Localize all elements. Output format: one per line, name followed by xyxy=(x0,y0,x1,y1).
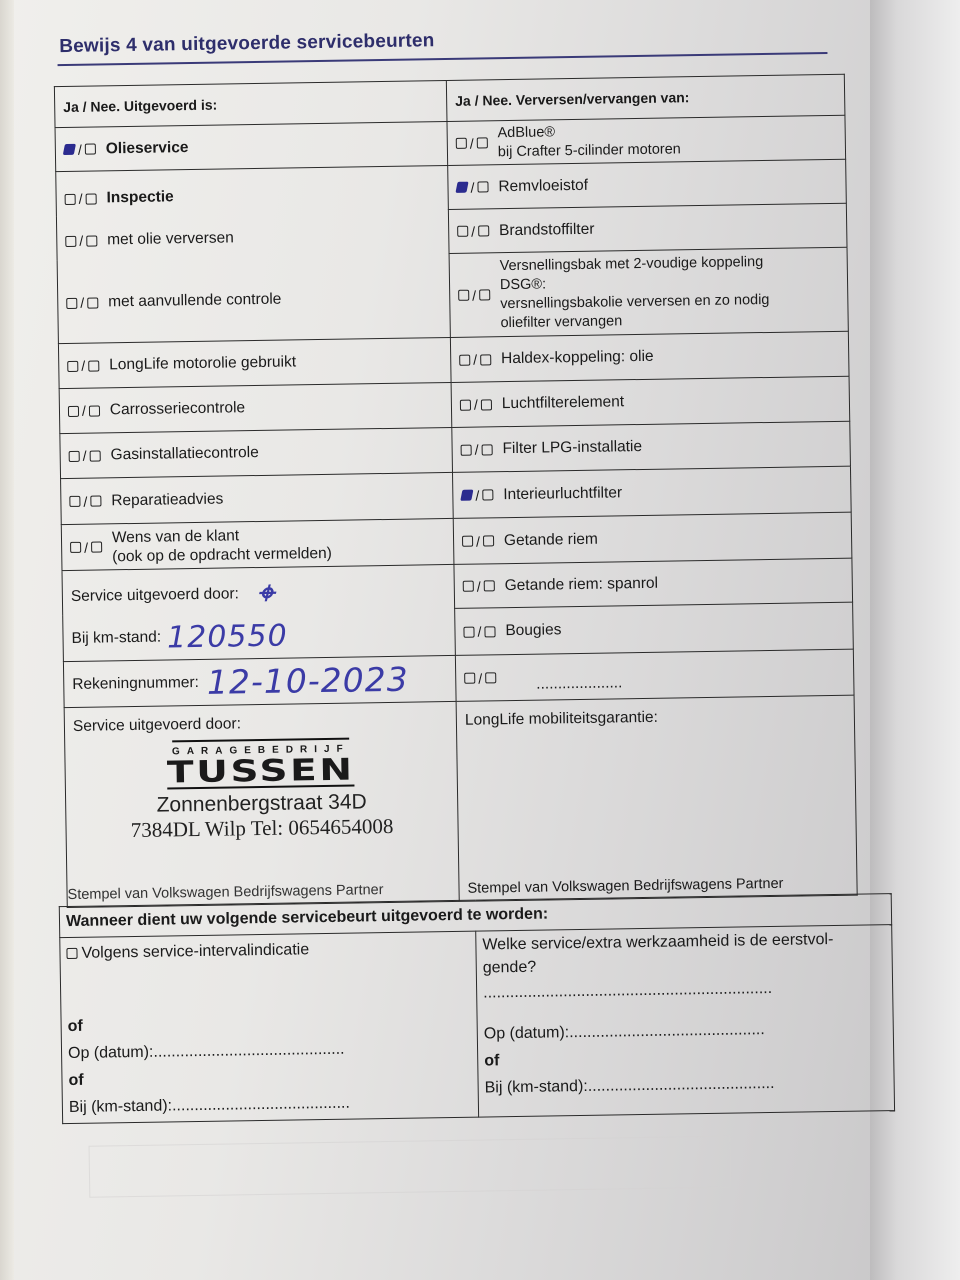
nee-checkbox[interactable] xyxy=(88,360,99,371)
checkbox-pair[interactable]: / xyxy=(64,141,96,157)
ja-checkbox[interactable] xyxy=(463,581,474,592)
item-olieservice: Olieservice xyxy=(106,139,189,158)
nee-checkbox[interactable] xyxy=(479,289,490,300)
nee-checkbox[interactable] xyxy=(481,444,492,455)
ja-checkbox[interactable] xyxy=(460,399,471,410)
next-km-field[interactable]: Bij (km-stand):.........................… xyxy=(69,1088,472,1121)
left-column-header: Ja / Nee. Uitgevoerd is: xyxy=(54,80,447,127)
ja-checkbox[interactable] xyxy=(68,405,79,416)
nee-checkbox[interactable] xyxy=(484,626,495,637)
stamp-row: Service uitgevoerd door: GARAGEBEDRIJF T… xyxy=(64,695,857,907)
stamp-footer-right: Stempel van Volkswagen Bedrijfswagens Pa… xyxy=(467,876,783,897)
nee-checkbox[interactable] xyxy=(85,144,96,155)
nee-checkbox[interactable] xyxy=(87,297,98,308)
item-longlife-motorolie: LongLife motorolie gebruikt xyxy=(109,353,296,374)
item-luchtfilterelement: Luchtfilterelement xyxy=(502,393,625,413)
stamp-address-city-phone: 7384DL Wilp Tel: 0654654008 xyxy=(74,813,449,844)
ja-checkbox-checked[interactable] xyxy=(63,144,76,155)
item-reparatieadvies: Reparatieadvies xyxy=(111,490,223,510)
checkbox-pair[interactable]: / xyxy=(459,351,491,367)
checkbox-pair[interactable]: / xyxy=(461,441,493,457)
interval-indication-label: Volgens service-intervalindicatie xyxy=(81,936,309,967)
next-km-field-right[interactable]: Bij (km-stand):.........................… xyxy=(484,1068,887,1101)
page-title: Bewijs 4 van uitgevoerde servicebeurten xyxy=(59,30,435,58)
ja-checkbox[interactable] xyxy=(458,290,469,301)
next-service-answer-field[interactable]: ........................................… xyxy=(483,975,773,1007)
ja-checkbox[interactable] xyxy=(462,536,473,547)
service-record-page: Bewijs 4 van uitgevoerde servicebeurten … xyxy=(0,0,960,1280)
item-gasinstallatiecontrole: Gasinstallatiecontrole xyxy=(110,444,258,464)
right-column-header: Ja / Nee. Verversen/vervangen van: xyxy=(446,74,845,121)
ja-checkbox[interactable] xyxy=(457,226,468,237)
checkbox-pair[interactable]: / xyxy=(69,493,101,509)
nee-checkbox[interactable] xyxy=(477,181,488,192)
checkbox-pair[interactable]: / xyxy=(65,232,97,248)
nee-checkbox[interactable] xyxy=(485,672,496,683)
nee-checkbox[interactable] xyxy=(85,193,96,204)
mechanic-signature: ⌖ xyxy=(257,577,274,611)
garage-stamp: GARAGEBEDRIJF TUSSEN Zonnenbergstraat 34… xyxy=(73,736,450,844)
ja-checkbox[interactable] xyxy=(69,496,80,507)
ja-checkbox-checked[interactable] xyxy=(455,182,468,193)
interval-indication-checkbox[interactable] xyxy=(66,948,77,959)
stamp-footer-left: Stempel van Volkswagen Bedrijfswagens Pa… xyxy=(67,882,383,903)
next-service-table: Wanneer dient uw volgende servicebeurt u… xyxy=(59,893,895,1124)
item-haldex: Haldex-koppeling: olie xyxy=(501,348,654,368)
checkbox-pair[interactable]: / xyxy=(68,402,100,418)
item-interieurluchtfilter: Interieurluchtfilter xyxy=(503,484,622,504)
longlife-label: LongLife mobiliteitsgarantie: xyxy=(465,706,846,730)
checkbox-pair[interactable]: / xyxy=(67,357,99,373)
ja-checkbox[interactable] xyxy=(70,542,81,553)
ja-checkbox[interactable] xyxy=(67,360,78,371)
item-getande-riem: Getande riem xyxy=(504,530,598,549)
nee-checkbox[interactable] xyxy=(89,450,100,461)
checkbox-pair[interactable]: / xyxy=(463,624,495,640)
blank-item-field[interactable]: .................... xyxy=(536,674,622,693)
next-service-question: Welke service/extra werkzaamheid is de e… xyxy=(482,927,886,979)
km-label: Bij km-stand: xyxy=(71,629,161,648)
nee-checkbox[interactable] xyxy=(90,495,101,506)
nee-checkbox[interactable] xyxy=(481,399,492,410)
checkbox-pair[interactable]: / xyxy=(464,670,496,686)
item-brandstoffilter: Brandstoffilter xyxy=(499,220,595,239)
nee-checkbox[interactable] xyxy=(483,535,494,546)
checkbox-pair[interactable]: / xyxy=(463,578,495,594)
nee-checkbox[interactable] xyxy=(86,235,97,246)
invoice-label: Rekeningnummer: xyxy=(72,673,199,693)
service-table: Ja / Nee. Uitgevoerd is: Ja / Nee. Verve… xyxy=(54,74,858,908)
checkbox-pair[interactable]: / xyxy=(69,447,101,463)
item-inspectie: Inspectie xyxy=(106,188,173,207)
nee-checkbox[interactable] xyxy=(478,225,489,236)
nee-checkbox[interactable] xyxy=(484,581,495,592)
service-by-label: Service uitgevoerd door: xyxy=(71,585,239,606)
nee-checkbox[interactable] xyxy=(89,405,100,416)
ja-checkbox[interactable] xyxy=(461,444,472,455)
checkbox-pair[interactable]: / xyxy=(70,539,102,555)
nee-checkbox[interactable] xyxy=(91,541,102,552)
km-value: 120550 xyxy=(167,618,288,655)
checkbox-pair[interactable]: / xyxy=(461,487,493,503)
ja-checkbox[interactable] xyxy=(456,138,467,149)
checkbox-pair[interactable]: / xyxy=(456,179,488,195)
item-met-olie-verversen: met olie verversen xyxy=(107,229,234,249)
item-filter-lpg: Filter LPG-installatie xyxy=(502,438,642,458)
ja-checkbox[interactable] xyxy=(463,626,474,637)
item-met-aanvullende-controle: met aanvullende controle xyxy=(108,291,281,312)
nee-checkbox[interactable] xyxy=(482,489,493,500)
stamp-section-label: Service uitgevoerd door: xyxy=(73,712,448,736)
checkbox-pair[interactable]: / xyxy=(462,533,494,549)
invoice-value: 12-10-2023 xyxy=(207,660,409,702)
bleed-through-box xyxy=(89,1136,732,1198)
item-bougies: Bougies xyxy=(505,621,561,640)
ja-checkbox[interactable] xyxy=(65,193,76,204)
ja-checkbox-checked[interactable] xyxy=(460,490,473,501)
checkbox-pair[interactable]: / xyxy=(65,191,97,207)
item-getande-riem-spanrol: Getande riem: spanrol xyxy=(505,574,659,594)
nee-checkbox[interactable] xyxy=(480,354,491,365)
nee-checkbox[interactable] xyxy=(477,137,488,148)
checkbox-pair[interactable]: / xyxy=(458,287,490,303)
ja-checkbox[interactable] xyxy=(459,354,470,365)
item-remvloeistof: Remvloeistof xyxy=(498,176,588,195)
item-carrosseriecontrole: Carrosseriecontrole xyxy=(110,399,246,419)
checkbox-pair[interactable]: / xyxy=(66,294,98,310)
ja-checkbox[interactable] xyxy=(65,235,76,246)
checkbox-pair[interactable]: / xyxy=(460,396,492,412)
checkbox-pair[interactable]: / xyxy=(456,135,488,151)
stamp-brand: TUSSEN xyxy=(167,757,355,790)
ja-checkbox[interactable] xyxy=(69,450,80,461)
checkbox-pair[interactable]: / xyxy=(457,223,489,239)
ja-checkbox[interactable] xyxy=(464,673,475,684)
ja-checkbox[interactable] xyxy=(66,297,77,308)
